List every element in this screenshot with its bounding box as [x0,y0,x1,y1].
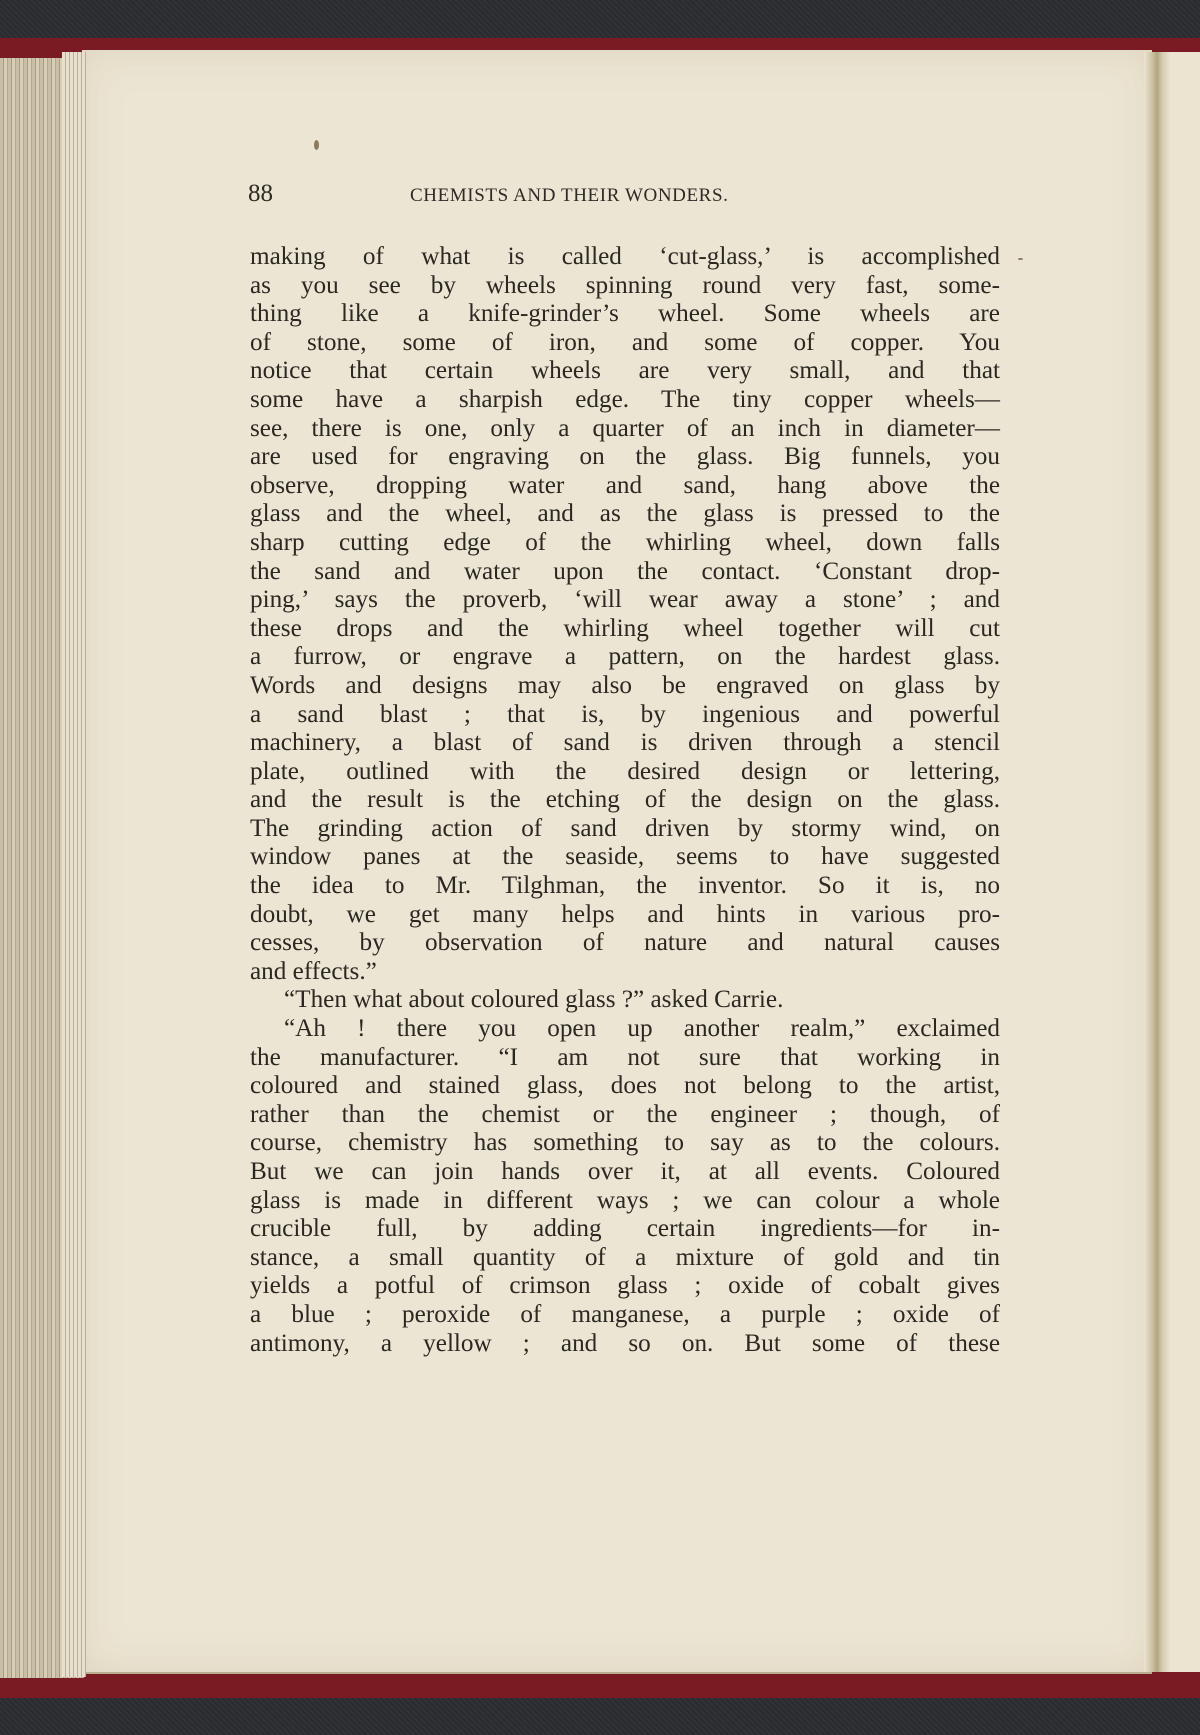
facing-page-edge [1170,52,1200,1672]
text-line: and effects.” [250,958,1000,987]
text-line: glass and the wheel, and as the glass is… [250,500,1000,529]
text-line: the manufacturer. “I am not sure that wo… [250,1044,1000,1073]
text-line: The grinding action of sand driven by st… [250,815,1000,844]
text-line: a sand blast ; that is, by ingenious and… [250,701,1000,730]
text-line: stance, a small quantity of a mixture of… [250,1244,1000,1273]
text-line: notice that certain wheels are very smal… [250,357,1000,386]
text-line: as you see by wheels spinning round very… [250,272,1000,301]
text-line: thing like a knife-grinder’s wheel. Some… [250,300,1000,329]
running-header: 88 CHEMISTS AND THEIR WONDERS. [248,180,1048,214]
text-line: yields a potful of crimson glass ; oxide… [250,1272,1000,1301]
text-line: making of what is called ‘cut-glass,’ is… [250,243,1000,272]
text-line: some have a sharpish edge. The tiny copp… [250,386,1000,415]
page-number: 88 [248,180,273,208]
text-line: the idea to Mr. Tilghman, the inventor. … [250,872,1000,901]
text-line: machinery, a blast of sand is driven thr… [250,729,1000,758]
text-line: are used for engraving on the glass. Big… [250,443,1000,472]
text-line: plate, outlined with the desired design … [250,758,1000,787]
text-line: course, chemistry has something to say a… [250,1129,1000,1158]
text-line: see, there is one, only a quarter of an … [250,415,1000,444]
text-line: doubt, we get many helps and hints in va… [250,901,1000,930]
text-line: “Ah ! there you open up another realm,” … [250,1015,1000,1044]
text-line: But we can join hands over it, at all ev… [250,1158,1000,1187]
text-line: these drops and the whirling wheel toget… [250,615,1000,644]
text-line: a blue ; peroxide of manganese, a purple… [250,1301,1000,1330]
text-line: and the result is the etching of the des… [250,786,1000,815]
text-line: cesses, by observation of nature and nat… [250,929,1000,958]
page-body-text: making of what is called ‘cut-glass,’ is… [250,243,1000,1358]
text-line: Words and designs may also be engraved o… [250,672,1000,701]
paper-speck [314,140,319,150]
text-line: coloured and stained glass, does not bel… [250,1072,1000,1101]
text-line: antimony, a yellow ; and so on. But some… [250,1330,1000,1359]
text-line: of stone, some of iron, and some of copp… [250,329,1000,358]
text-line: ping,’ says the proverb, ‘will wear away… [250,586,1000,615]
text-line: crucible full, by adding certain ingredi… [250,1215,1000,1244]
text-line: the sand and water upon the contact. ‘Co… [250,558,1000,587]
running-title: CHEMISTS AND THEIR WONDERS. [410,185,728,207]
page-edges-inner [62,52,86,1677]
text-line: sharp cutting edge of the whirling wheel… [250,529,1000,558]
text-line: observe, dropping water and sand, hang a… [250,472,1000,501]
text-line: window panes at the seaside, seems to ha… [250,843,1000,872]
text-line: a furrow, or engrave a pattern, on the h… [250,643,1000,672]
paper-speck [1018,258,1023,260]
text-line: rather than the chemist or the engineer … [250,1101,1000,1130]
text-line: “Then what about coloured glass ?” asked… [250,986,1000,1015]
text-line: glass is made in different ways ; we can… [250,1187,1000,1216]
book-gutter [1144,52,1170,1672]
